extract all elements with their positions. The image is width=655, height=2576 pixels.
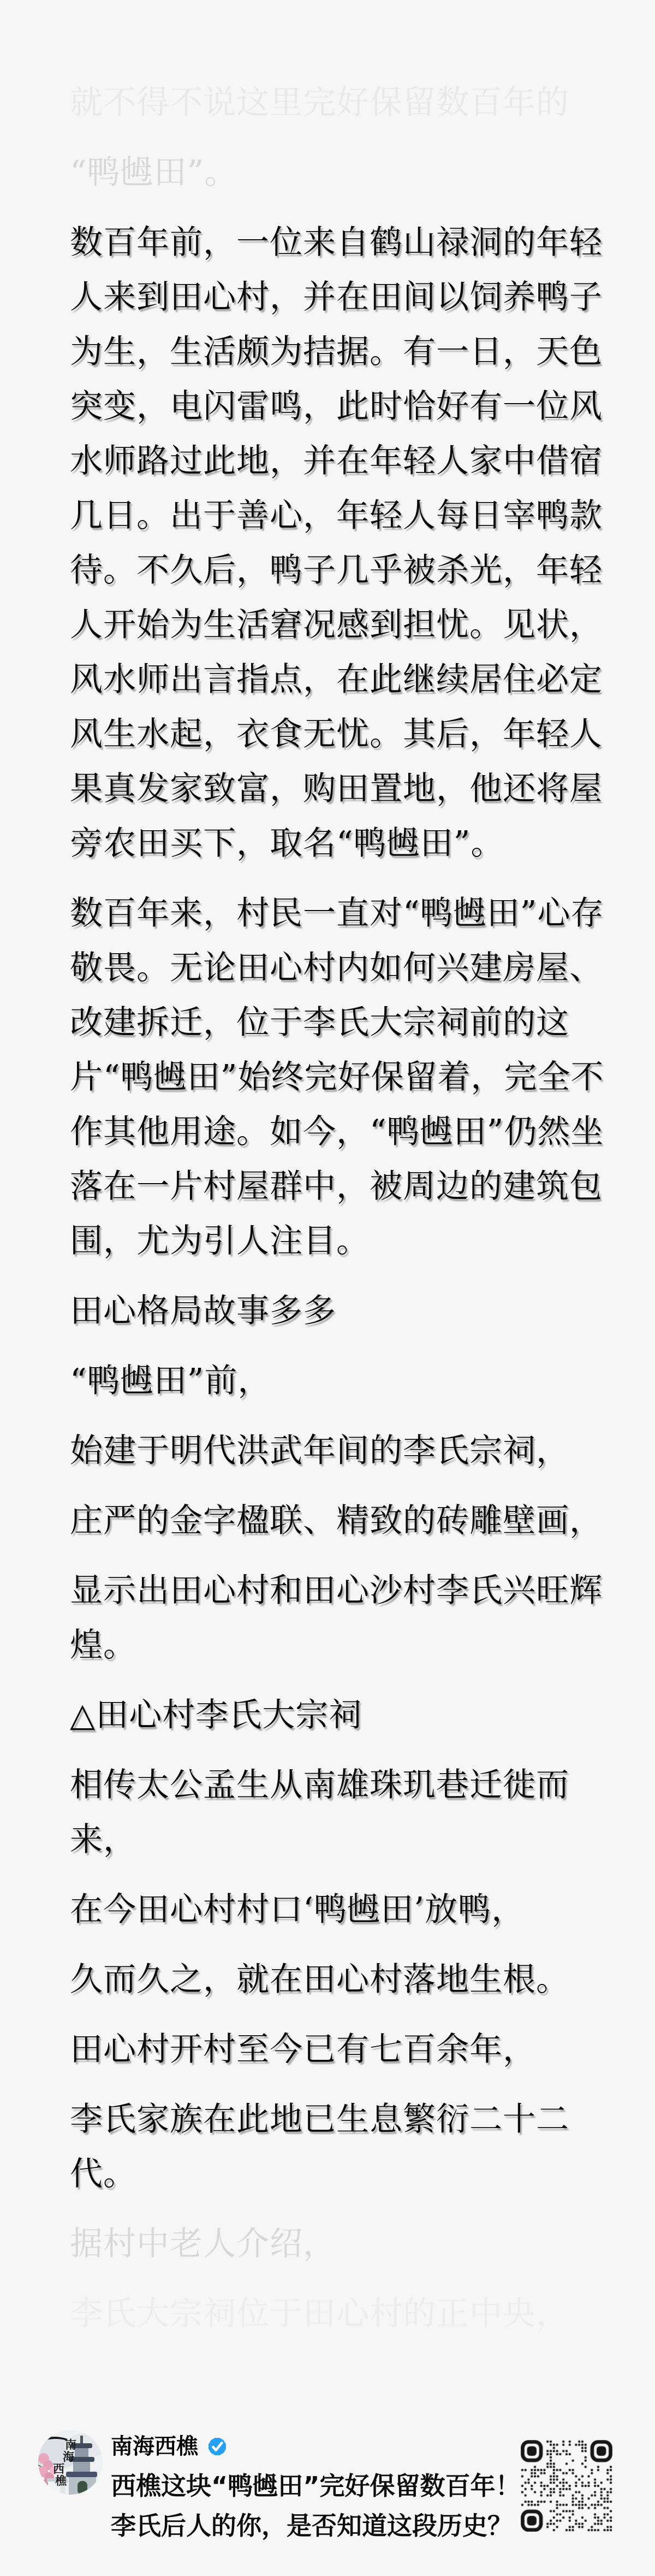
article-line: 就不得不说这里完好保留数百年的 xyxy=(70,75,606,130)
article-line: 煌。 xyxy=(70,1618,606,1673)
svg-text:海: 海 xyxy=(63,2450,75,2463)
paragraph: “鸭乸田”。 xyxy=(70,145,606,200)
article-line: 待。不久后，鸭子几乎被杀光，年轻 xyxy=(70,543,606,598)
article-line: 田心格局故事多多 xyxy=(70,1284,606,1338)
article-line: 代。 xyxy=(70,2147,606,2201)
svg-text:樵: 樵 xyxy=(55,2474,67,2488)
account-name-row: 南海西樵 xyxy=(111,2435,520,2459)
paragraph: 李氏大宗祠位于田心村的正中央， xyxy=(70,2287,606,2341)
share-message-line: 李氏后人的你，是否知道这段历史？ xyxy=(111,2506,520,2546)
article-line: 数百年来，村民一直对“鸭乸田”心存 xyxy=(70,886,606,941)
article-line: “鸭乸田”前， xyxy=(70,1354,606,1408)
account-card[interactable]: 南 海 西 樵 南海西樵 西樵这块“鸭乸田”完好保留数百年！ 李氏后人 xyxy=(38,2430,612,2546)
article-line: 在今田心村村口‘鸭乸田’放鸭， xyxy=(70,1882,606,1937)
paragraph: 显示出田心村和田心沙村李氏兴旺辉煌。 xyxy=(70,1563,606,1673)
article-line: 来， xyxy=(70,1812,606,1867)
paragraph: 就不得不说这里完好保留数百年的 xyxy=(70,75,606,130)
article-line: 据村中老人介绍， xyxy=(70,2217,606,2271)
article-line: 数百年前，一位来自鹤山禄洞的年轻 xyxy=(70,215,606,270)
article-line: 改建拆迁，位于李氏大宗祠前的这 xyxy=(70,995,606,1050)
article-line: △田心村李氏大宗祠 xyxy=(70,1688,606,1742)
paragraph: 李氏家族在此地已生息繁衍二十二代。 xyxy=(70,2092,606,2201)
article-line: 水师路过此地，并在年轻人家中借宿 xyxy=(70,434,606,488)
article-line: 相传太公孟生从南雄珠玑巷迁徙而 xyxy=(70,1758,606,1812)
article-line: 片“鸭乸田”始终完好保留着，完全不 xyxy=(70,1050,606,1104)
article-line: 始建于明代洪武年间的李氏宗祠， xyxy=(70,1423,606,1478)
paragraph: 田心村开村至今已有七百余年， xyxy=(70,2022,606,2077)
paragraph: △田心村李氏大宗祠 xyxy=(70,1688,606,1742)
article-line: 风水师出言指点，在此继续居住必定 xyxy=(70,652,606,707)
article-line: 果真发家致富，购田置地，他还将屋 xyxy=(70,761,606,816)
paragraph: 在今田心村村口‘鸭乸田’放鸭， xyxy=(70,1882,606,1937)
article-line: 作其他用途。如今，“鸭乸田”仍然坐 xyxy=(70,1104,606,1159)
article-line: 敬畏。无论田心村内如何兴建房屋、 xyxy=(70,941,606,995)
article-body: 就不得不说这里完好保留数百年的“鸭乸田”。数百年前，一位来自鹤山禄洞的年轻人来到… xyxy=(0,0,655,2341)
article-line: 风生水起，衣食无忧。其后，年轻人 xyxy=(70,707,606,761)
article-line: 为生，生活颇为拮据。有一日，天色 xyxy=(70,324,606,379)
account-name[interactable]: 南海西樵 xyxy=(111,2435,198,2459)
verified-badge-icon xyxy=(206,2436,228,2457)
paragraph: 相传太公孟生从南雄珠玑巷迁徙而来， xyxy=(70,1758,606,1867)
article-line: 显示出田心村和田心沙村李氏兴旺辉 xyxy=(70,1563,606,1618)
article-line: 几日。出于善心，年轻人每日宰鸭款 xyxy=(70,488,606,543)
share-message: 西樵这块“鸭乸田”完好保留数百年！ 李氏后人的你，是否知道这段历史？ xyxy=(111,2466,520,2546)
article-line: 李氏大宗祠位于田心村的正中央， xyxy=(70,2287,606,2341)
paragraph: 久而久之，就在田心村落地生根。 xyxy=(70,1952,606,2007)
paragraph: “鸭乸田”前， xyxy=(70,1354,606,1408)
article-line: 落在一片村屋群中，被周边的建筑包 xyxy=(70,1159,606,1214)
article-line: 田心村开村至今已有七百余年， xyxy=(70,2022,606,2077)
paragraph: 据村中老人介绍， xyxy=(70,2217,606,2271)
article-line: 突变，电闪雷鸣，此时恰好有一位风 xyxy=(70,379,606,434)
article-line: 人开始为生活窘况感到担忧。见状， xyxy=(70,598,606,652)
qr-code xyxy=(521,2440,612,2532)
paragraph: 始建于明代洪武年间的李氏宗祠， xyxy=(70,1423,606,1478)
paragraph: 数百年来，村民一直对“鸭乸田”心存敬畏。无论田心村内如何兴建房屋、改建拆迁，位于… xyxy=(70,886,606,1268)
article-line: 旁农田买下，取名“鸭乸田”。 xyxy=(70,816,606,871)
article-line: 李氏家族在此地已生息繁衍二十二 xyxy=(70,2092,606,2147)
share-message-line: 西樵这块“鸭乸田”完好保留数百年！ xyxy=(111,2466,520,2506)
article-line: 人来到田心村，并在田间以饲养鸭子 xyxy=(70,270,606,324)
paragraph: 田心格局故事多多 xyxy=(70,1284,606,1338)
avatar-image: 南 海 西 樵 xyxy=(38,2430,103,2495)
account-card-text: 南海西樵 西樵这块“鸭乸田”完好保留数百年！ 李氏后人的你，是否知道这段历史？ xyxy=(111,2430,520,2546)
article-line: 围，尤为引人注目。 xyxy=(70,1214,606,1268)
article-line: 久而久之，就在田心村落地生根。 xyxy=(70,1952,606,2007)
article-line: “鸭乸田”。 xyxy=(70,145,606,200)
avatar[interactable]: 南 海 西 樵 xyxy=(38,2430,103,2495)
article-line: 庄严的金字楹联、精致的砖雕壁画， xyxy=(70,1493,606,1548)
paragraph: 数百年前，一位来自鹤山禄洞的年轻人来到田心村，并在田间以饲养鸭子为生，生活颇为拮… xyxy=(70,215,606,871)
paragraph: 庄严的金字楹联、精致的砖雕壁画， xyxy=(70,1493,606,1548)
